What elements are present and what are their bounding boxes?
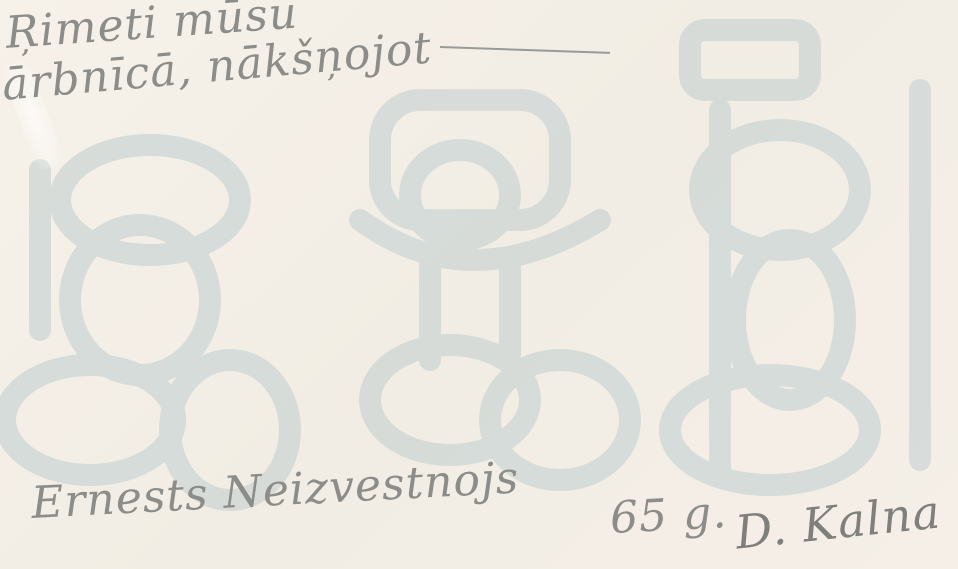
handwritten-year: 65 g. (609, 487, 729, 544)
paper-sheet: Ŗimeti mūsu ārbnīcā, nākšņojot Ernests N… (0, 0, 958, 569)
